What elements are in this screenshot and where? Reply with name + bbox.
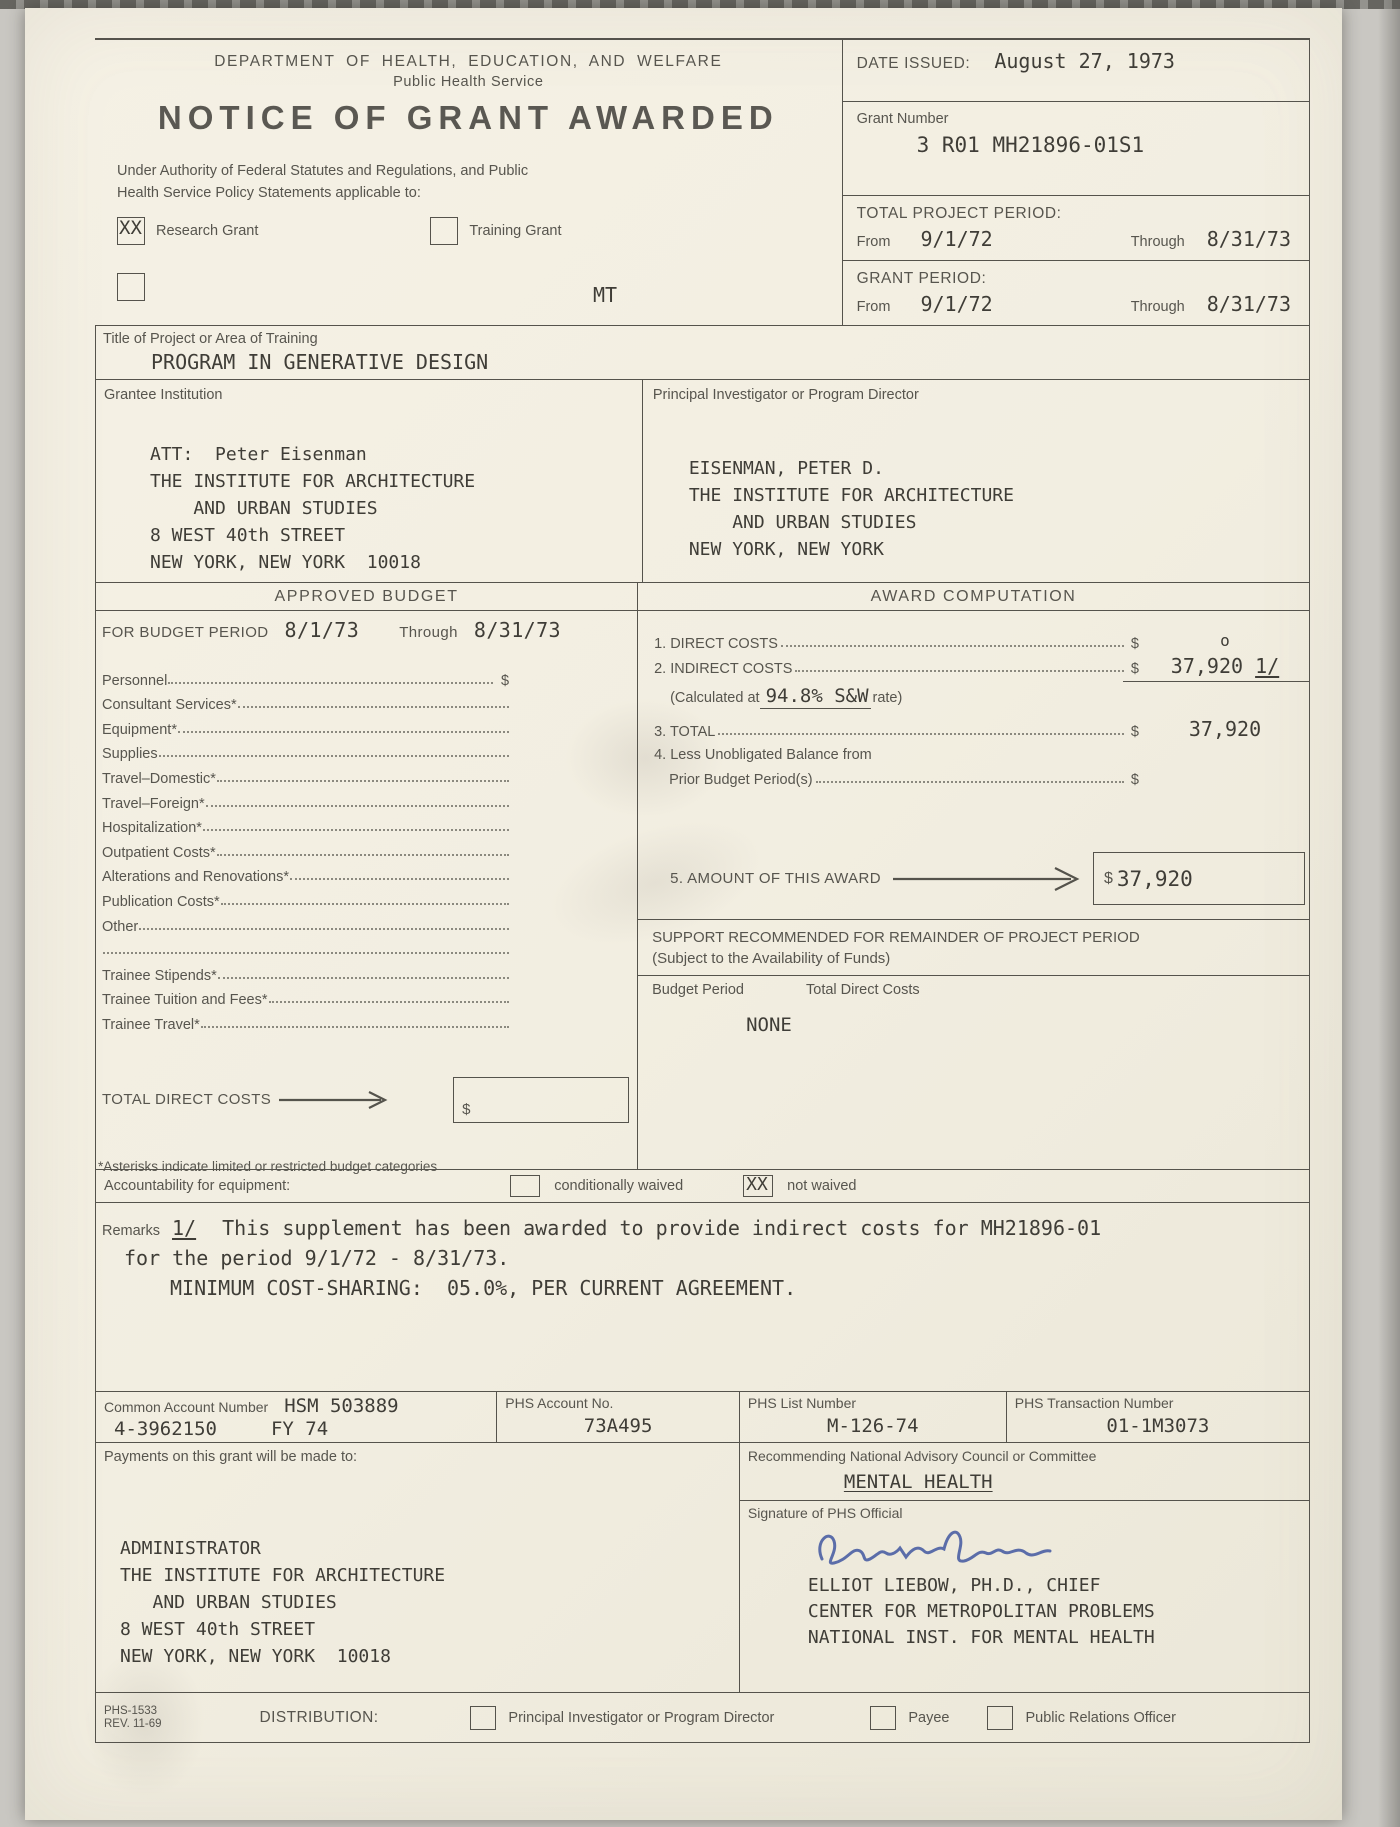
- prior-budget-period-line: Prior Budget Period(s) $: [654, 763, 1309, 789]
- distribution-pi-label: Principal Investigator or Program Direct…: [508, 1710, 774, 1726]
- budget-period-label: FOR BUDGET PERIOD: [102, 624, 269, 641]
- total-direct-costs-row: TOTAL DIRECT COSTS $: [102, 1077, 629, 1123]
- phs-official-identity: ELLIOT LIEBOW, PH.D., CHIEF CENTER FOR M…: [808, 1573, 1301, 1651]
- amount-of-award-box: $ 37,920: [1093, 852, 1305, 905]
- approval-cell: Recommending National Advisory Council o…: [739, 1443, 1309, 1692]
- checkbox-xx-mark: XX: [746, 1174, 768, 1195]
- prior-budget-period-label: Prior Budget Period(s): [669, 772, 812, 788]
- footnote-marker: 1/: [172, 1213, 196, 1243]
- project-through-date: 8/31/73: [1207, 227, 1291, 251]
- phs-list-label: PHS List Number: [748, 1395, 998, 1411]
- currency-sign: $: [1104, 870, 1113, 888]
- phs-account-value: 73A495: [505, 1415, 731, 1437]
- service-name: Public Health Service: [95, 74, 842, 90]
- budget-row: Consultant Services*: [102, 689, 509, 714]
- phs-account-cell: PHS Account No. 73A495: [496, 1392, 739, 1442]
- dotted-leader: [139, 928, 509, 930]
- total-direct-costs-column-label: Total Direct Costs: [806, 982, 920, 998]
- phs-transaction-label: PHS Transaction Number: [1015, 1395, 1301, 1411]
- grantee-address-line: 8 WEST 40th STREET: [150, 522, 634, 549]
- direct-costs-value: o: [1141, 630, 1309, 652]
- budget-item-label: Outpatient Costs*: [102, 845, 217, 861]
- approved-budget-title: APPROVED BUDGET: [96, 583, 637, 611]
- payments-label: Payments on this grant will be made to:: [104, 1449, 731, 1465]
- grantee-address-line: AND URBAN STUDIES: [150, 495, 634, 522]
- budget-row: Supplies: [102, 738, 509, 763]
- research-grant-label: Research Grant: [156, 223, 258, 239]
- form-header-row: DEPARTMENT OF HEALTH, EDUCATION, AND WEL…: [95, 38, 1310, 326]
- total-project-period-cell: TOTAL PROJECT PERIOD: From 9/1/72 Throug…: [843, 196, 1309, 261]
- principal-investigator-label: Principal Investigator or Program Direct…: [653, 387, 1299, 403]
- phs-list-cell: PHS List Number M-126-74: [739, 1392, 1006, 1442]
- support-recommended-block: SUPPORT RECOMMENDED FOR REMAINDER OF PRO…: [638, 919, 1309, 975]
- budget-period-from: 8/1/73: [285, 618, 360, 642]
- grant-number-cell: Grant Number 3 R01 MH21896-01S1: [843, 102, 1309, 196]
- investigator-address-line: EISENMAN, PETER D.: [689, 455, 1299, 482]
- mt-code: MT: [593, 283, 617, 307]
- calculated-at-line: (Calculated at 94.8% S&W rate): [670, 685, 1309, 709]
- grant-type-row: XX Research Grant Training Grant: [117, 217, 842, 245]
- training-grant-label: Training Grant: [469, 223, 561, 239]
- amount-of-award-label: 5. AMOUNT OF THIS AWARD: [670, 870, 881, 887]
- budget-row: Hospitalization*: [102, 812, 509, 837]
- distribution-payee-label: Payee: [908, 1710, 949, 1726]
- training-grant-checkbox: [430, 217, 458, 245]
- project-title-label: Title of Project or Area of Training: [103, 331, 1309, 347]
- total-project-period-label: TOTAL PROJECT PERIOD:: [857, 205, 1295, 223]
- common-account-cell: Common Account Number HSM 503889 4-39621…: [96, 1392, 496, 1442]
- dotted-leader: [795, 670, 1124, 672]
- dotted-leader: [103, 952, 509, 954]
- indirect-costs-value: 37,920 1/: [1141, 655, 1309, 677]
- right-arrow-icon: [887, 864, 1087, 894]
- payments-cell: Payments on this grant will be made to: …: [96, 1443, 739, 1692]
- dotted-leader: [269, 1001, 510, 1003]
- footnote-reference: 1/: [1255, 654, 1279, 678]
- support-columns-header: Budget Period Total Direct Costs: [638, 975, 1309, 998]
- accountability-row: Accountability for equipment: conditiona…: [95, 1169, 1310, 1203]
- project-title-value: PROGRAM IN GENERATIVE DESIGN: [151, 350, 1309, 374]
- signature-label: Signature of PHS Official: [748, 1505, 1301, 1521]
- project-from-date: 9/1/72: [920, 227, 992, 251]
- checkbox-xx-mark: XX: [119, 217, 142, 239]
- grant-number-label: Grant Number: [857, 111, 1295, 127]
- payee-address-line: AND URBAN STUDIES: [120, 1589, 731, 1616]
- approved-budget-column: APPROVED BUDGET FOR BUDGET PERIOD 8/1/73…: [96, 583, 637, 1169]
- right-arrow-icon: [277, 1088, 395, 1112]
- support-value: NONE: [746, 1014, 1309, 1036]
- scanned-document: DEPARTMENT OF HEALTH, EDUCATION, AND WEL…: [0, 0, 1400, 1827]
- grantee-address: ATT: Peter Eisenman THE INSTITUTE FOR AR…: [150, 441, 634, 576]
- budget-row-continuation: [102, 935, 509, 960]
- form-title: NOTICE OF GRANT AWARDED: [95, 99, 842, 137]
- grant-period-cell: GRANT PERIOD: From 9/1/72 Through 8/31/7…: [843, 261, 1309, 325]
- grantee-address-line: NEW YORK, NEW YORK 10018: [150, 549, 634, 576]
- grant-period-dates: From 9/1/72 Through 8/31/73: [857, 292, 1295, 316]
- calculated-at-label: (Calculated at: [670, 690, 759, 706]
- direct-costs-line: 1. DIRECT COSTS $ o: [654, 626, 1309, 652]
- remarks-label: Remarks: [102, 1223, 160, 1239]
- budget-row: Travel–Foreign*: [102, 787, 509, 812]
- phs-list-value: M-126-74: [748, 1415, 998, 1437]
- indirect-costs-amount: 37,920: [1171, 654, 1243, 678]
- dotted-leader: [816, 781, 1124, 783]
- common-account-number: 4-3962150: [114, 1418, 217, 1440]
- budget-award-row: APPROVED BUDGET FOR BUDGET PERIOD 8/1/73…: [95, 583, 1310, 1169]
- official-center: CENTER FOR METROPOLITAN PROBLEMS: [808, 1599, 1301, 1625]
- direct-costs-label: 1. DIRECT COSTS: [654, 636, 778, 652]
- form-number-block: PHS-1533 REV. 11-69: [104, 1705, 162, 1731]
- budget-row: Equipment*: [102, 713, 509, 738]
- payee-address: ADMINISTRATOR THE INSTITUTE FOR ARCHITEC…: [120, 1535, 731, 1670]
- budget-period-column-label: Budget Period: [652, 982, 744, 998]
- signature-block: Signature of PHS Official ELLIOT LIEBOW,…: [740, 1500, 1309, 1692]
- authority-statement: Under Authority of Federal Statutes and …: [117, 161, 842, 205]
- unlabeled-checkbox: [117, 273, 145, 301]
- grantee-institution-cell: Grantee Institution ATT: Peter Eisenman …: [96, 380, 642, 582]
- grant-number-value: 3 R01 MH21896-01S1: [917, 133, 1295, 157]
- indirect-costs-line: 2. INDIRECT COSTS $ 37,920 1/: [654, 652, 1309, 678]
- total-direct-costs-label: TOTAL DIRECT COSTS: [102, 1091, 271, 1108]
- institution-row: Grantee Institution ATT: Peter Eisenman …: [95, 380, 1310, 583]
- remarks-text-line: This supplement has been awarded to prov…: [222, 1213, 1101, 1243]
- project-period-dates: From 9/1/72 Through 8/31/73: [857, 227, 1295, 251]
- account-numbers-row: Common Account Number HSM 503889 4-39621…: [95, 1391, 1310, 1443]
- support-recommended-subtitle: (Subject to the Availability of Funds): [652, 948, 1299, 969]
- common-account-label: Common Account Number: [104, 1399, 268, 1415]
- from-label: From: [857, 234, 891, 250]
- dotted-leader: [221, 903, 509, 905]
- total-direct-costs-box: $: [453, 1077, 629, 1123]
- payments-approval-row: Payments on this grant will be made to: …: [95, 1443, 1310, 1693]
- budget-row: Alterations and Renovations*: [102, 861, 509, 886]
- from-label: From: [857, 299, 891, 315]
- through-label: Through: [1131, 234, 1185, 250]
- investigator-address: EISENMAN, PETER D. THE INSTITUTE FOR ARC…: [689, 455, 1299, 563]
- amount-of-award-row: 5. AMOUNT OF THIS AWARD $ 37,920: [670, 852, 1305, 905]
- budget-row: Other: [102, 910, 509, 935]
- department-name: DEPARTMENT OF HEALTH, EDUCATION, AND WEL…: [95, 53, 842, 71]
- dotted-leader: [159, 755, 509, 757]
- indirect-rate-value: 94.8% S&W: [760, 685, 871, 709]
- remarks-text-line: for the period 9/1/72 - 8/31/73.: [124, 1243, 1303, 1273]
- remarks-section: Remarks 1/ This supplement has been awar…: [95, 1203, 1310, 1391]
- budget-item-label: Trainee Travel*: [102, 1017, 201, 1033]
- amount-of-award-value: 37,920: [1117, 867, 1193, 891]
- dotted-leader: [203, 829, 509, 831]
- distribution-label: DISTRIBUTION:: [260, 1709, 379, 1727]
- handwritten-signature: [804, 1521, 1064, 1573]
- total-line: 3. TOTAL $ 37,920: [654, 714, 1309, 740]
- investigator-address-line: NEW YORK, NEW YORK: [689, 536, 1299, 563]
- remarks-first-line: Remarks 1/ This supplement has been awar…: [102, 1213, 1303, 1243]
- grantee-address-line: ATT: Peter Eisenman: [150, 441, 634, 468]
- budget-row: Outpatient Costs*: [102, 836, 509, 861]
- date-issued-label: DATE ISSUED:: [857, 55, 971, 73]
- currency-sign: $: [1124, 724, 1141, 740]
- budget-item-label: Other: [102, 919, 139, 935]
- budget-item-label: Equipment*: [102, 722, 178, 738]
- grant-from-date: 9/1/72: [920, 292, 992, 316]
- indirect-costs-label: 2. INDIRECT COSTS: [654, 661, 792, 677]
- dotted-leader: [178, 731, 509, 733]
- dotted-leader: [781, 645, 1124, 647]
- advisory-council-label: Recommending National Advisory Council o…: [748, 1448, 1301, 1464]
- award-computation-column: AWARD COMPUTATION 1. DIRECT COSTS $ o 2.…: [637, 583, 1309, 1169]
- phs-transaction-cell: PHS Transaction Number 01-1M3073: [1006, 1392, 1309, 1442]
- remarks-text-line: MINIMUM COST-SHARING: 05.0%, PER CURRENT…: [170, 1273, 1303, 1303]
- through-label: Through: [1131, 299, 1185, 315]
- phs-transaction-value: 01-1M3073: [1015, 1415, 1301, 1437]
- payee-address-line: NEW YORK, NEW YORK 10018: [120, 1643, 731, 1670]
- training-grant-group: Training Grant: [430, 217, 561, 245]
- dotted-leader: [217, 780, 509, 782]
- budget-row: Trainee Travel*: [102, 1008, 509, 1033]
- award-computation-lines: 1. DIRECT COSTS $ o 2. INDIRECT COSTS $ …: [638, 611, 1309, 905]
- sum-rule: [1123, 681, 1309, 682]
- conditionally-waived-checkbox: [510, 1175, 540, 1197]
- grant-period-label: GRANT PERIOD:: [857, 270, 1295, 288]
- header-detail-column: DATE ISSUED: August 27, 1973 Grant Numbe…: [842, 40, 1309, 325]
- research-grant-checkbox: XX: [117, 217, 145, 245]
- budget-item-list: Personnel$ Consultant Services* Equipmen…: [102, 664, 637, 1033]
- advisory-council-block: Recommending National Advisory Council o…: [740, 1443, 1309, 1500]
- authority-line-1: Under Authority of Federal Statutes and …: [117, 161, 842, 183]
- common-account-top: Common Account Number HSM 503889: [104, 1395, 488, 1417]
- not-waived-checkbox: XX: [743, 1175, 773, 1197]
- form-revision: REV. 11-69: [104, 1718, 162, 1731]
- dotted-leader: [218, 977, 509, 979]
- total-label: 3. TOTAL: [654, 724, 715, 740]
- conditionally-waived-label: conditionally waived: [554, 1178, 683, 1194]
- advisory-council-value: MENTAL HEALTH: [844, 1471, 1301, 1493]
- common-account-code: HSM 503889: [284, 1395, 398, 1417]
- asterisk-footnote: *Asterisks indicate limited or restricte…: [98, 1159, 637, 1174]
- distribution-pi-checkbox: [470, 1706, 496, 1730]
- budget-row: Publication Costs*: [102, 885, 509, 910]
- budget-item-label: Alterations and Renovations*: [102, 869, 290, 885]
- budget-item-label: Trainee Stipends*: [102, 968, 218, 984]
- accountability-label: Accountability for equipment:: [104, 1178, 290, 1194]
- budget-item-label: Trainee Tuition and Fees*: [102, 992, 269, 1008]
- grant-award-form: DEPARTMENT OF HEALTH, EDUCATION, AND WEL…: [95, 38, 1310, 1743]
- currency-sign: $: [501, 673, 509, 689]
- paper-sheet: DEPARTMENT OF HEALTH, EDUCATION, AND WEL…: [25, 8, 1342, 1820]
- dotted-leader: [238, 706, 510, 708]
- investigator-address-line: THE INSTITUTE FOR ARCHITECTURE: [689, 482, 1299, 509]
- budget-row: Trainee Stipends*: [102, 959, 509, 984]
- grantee-institution-label: Grantee Institution: [104, 387, 634, 403]
- payee-address-line: ADMINISTRATOR: [120, 1535, 731, 1562]
- currency-sign: $: [1124, 772, 1141, 788]
- phs-account-label: PHS Account No.: [505, 1395, 731, 1411]
- date-issued-value: August 27, 1973: [994, 49, 1175, 73]
- investigator-address-line: AND URBAN STUDIES: [689, 509, 1299, 536]
- footer-distribution-row: PHS-1533 REV. 11-69 DISTRIBUTION: Princi…: [95, 1693, 1310, 1743]
- through-label: Through: [399, 624, 458, 641]
- rate-suffix-label: rate): [873, 690, 903, 706]
- official-institute: NATIONAL INST. FOR MENTAL HEALTH: [808, 1625, 1301, 1651]
- common-account-bottom: 4-3962150 FY 74: [104, 1418, 488, 1440]
- budget-item-label: Travel–Foreign*: [102, 796, 206, 812]
- dotted-leader: [217, 854, 509, 856]
- budget-row: Travel–Domestic*: [102, 762, 509, 787]
- distribution-pro-checkbox: [987, 1706, 1013, 1730]
- form-number: PHS-1533: [104, 1705, 162, 1718]
- budget-item-label: Consultant Services*: [102, 697, 238, 713]
- currency-sign: $: [1124, 636, 1141, 652]
- distribution-payee-checkbox: [870, 1706, 896, 1730]
- authority-line-2: Health Service Policy Statements applica…: [117, 183, 842, 205]
- budget-period-through: 8/31/73: [474, 618, 561, 642]
- payee-address-line: 8 WEST 40th STREET: [120, 1616, 731, 1643]
- currency-sign: $: [1124, 661, 1141, 677]
- grantee-address-line: THE INSTITUTE FOR ARCHITECTURE: [150, 468, 634, 495]
- budget-row: Trainee Tuition and Fees*: [102, 984, 509, 1009]
- official-name-title: ELLIOT LIEBOW, PH.D., CHIEF: [808, 1573, 1301, 1599]
- budget-item-label: Supplies: [102, 746, 159, 762]
- principal-investigator-cell: Principal Investigator or Program Direct…: [642, 380, 1309, 582]
- budget-item-label: Publication Costs*: [102, 894, 221, 910]
- unobligated-balance-label: 4. Less Unobligated Balance from: [654, 747, 1309, 763]
- budget-item-label: Travel–Domestic*: [102, 771, 217, 787]
- dotted-leader: [168, 682, 493, 684]
- budget-item-label: Hospitalization*: [102, 820, 203, 836]
- award-computation-title: AWARD COMPUTATION: [638, 583, 1309, 611]
- fiscal-year: FY 74: [271, 1418, 328, 1440]
- agency-header: DEPARTMENT OF HEALTH, EDUCATION, AND WEL…: [95, 40, 842, 325]
- budget-item-label: Personnel: [102, 673, 168, 689]
- distribution-pro-label: Public Relations Officer: [1025, 1710, 1175, 1726]
- dotted-leader: [290, 878, 509, 880]
- budget-period-line: FOR BUDGET PERIOD 8/1/73 Through 8/31/73: [96, 611, 637, 642]
- payee-address-line: THE INSTITUTE FOR ARCHITECTURE: [120, 1562, 731, 1589]
- total-value: 37,920: [1141, 718, 1309, 740]
- project-title-row: Title of Project or Area of Training PRO…: [95, 326, 1310, 380]
- dotted-leader: [718, 733, 1124, 735]
- not-waived-label: not waived: [787, 1178, 856, 1194]
- support-recommended-title: SUPPORT RECOMMENDED FOR REMAINDER OF PRO…: [652, 927, 1299, 948]
- grant-through-date: 8/31/73: [1207, 292, 1291, 316]
- budget-row-personnel: Personnel$: [102, 664, 509, 689]
- currency-sign: $: [462, 1101, 470, 1118]
- date-issued-cell: DATE ISSUED: August 27, 1973: [843, 40, 1309, 102]
- dotted-leader: [201, 1026, 509, 1028]
- dotted-leader: [206, 805, 509, 807]
